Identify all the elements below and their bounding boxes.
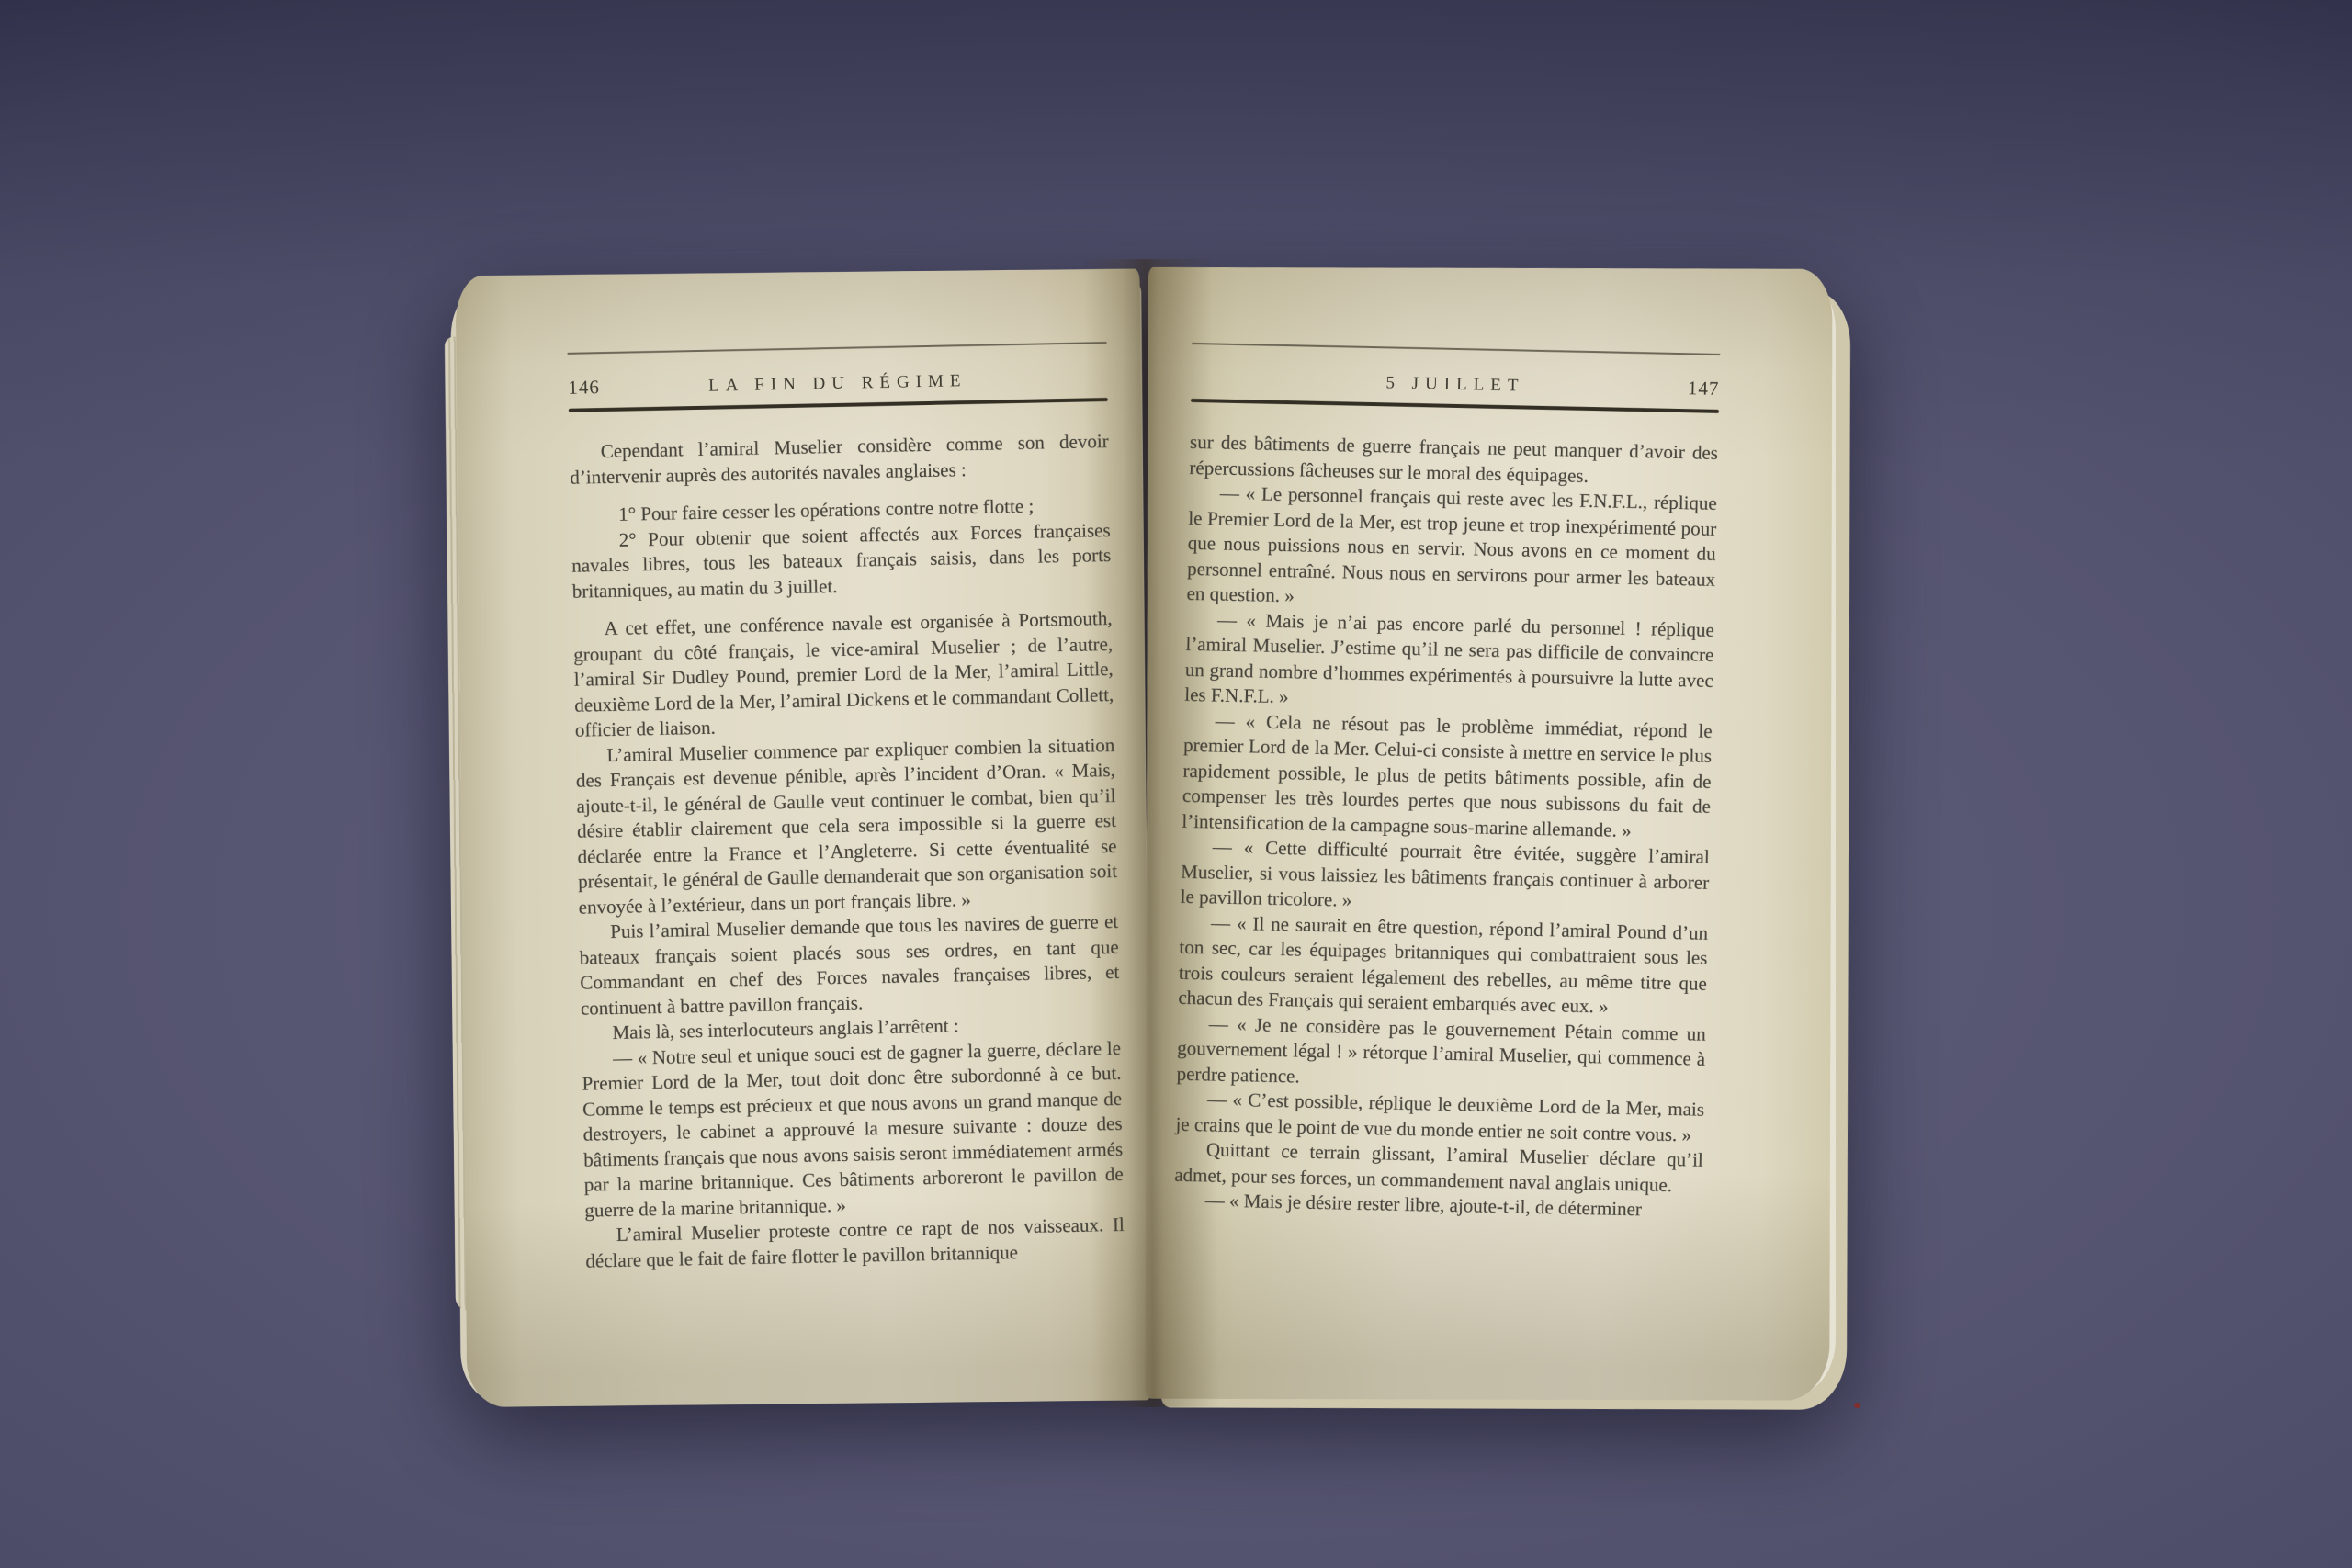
left-page-content: 146 LA FIN DU RÉGIME Cependant l’amiral … [568, 342, 1125, 1274]
paragraph: L’amiral Muselier proteste contre ce rap… [585, 1213, 1125, 1274]
paragraph: — « Il ne saurait en être question, répo… [1178, 909, 1708, 1021]
left-head-row: 146 LA FIN DU RÉGIME [568, 366, 1107, 400]
left-running-head-title: LA FIN DU RÉGIME [627, 369, 1048, 398]
right-header-rule [1191, 399, 1719, 413]
paragraph: — « Le personnel français qui reste avec… [1186, 480, 1717, 618]
paragraph: A cet effet, une conférence navale est o… [572, 606, 1114, 743]
red-speck [1854, 1403, 1860, 1408]
right-page-content: 5 JUILLET 147 sur des bâtiments de guerr… [1174, 343, 1721, 1224]
open-book: 146 LA FIN DU RÉGIME Cependant l’amiral … [445, 245, 1858, 1438]
right-running-head-title: 5 JUILLET [1249, 370, 1660, 399]
left-running-head: 146 LA FIN DU RÉGIME [568, 342, 1108, 412]
right-page-body: sur des bâtiments de guerre français ne … [1174, 430, 1719, 1224]
paragraph: — « Cela ne résout pas le problème imméd… [1182, 707, 1713, 845]
paragraph: Puis l’amiral Muselier demande que tous … [579, 909, 1120, 1021]
left-header-rule [569, 398, 1108, 412]
left-page: 146 LA FIN DU RÉGIME Cependant l’amiral … [456, 268, 1152, 1407]
right-running-head: 5 JUILLET 147 [1191, 343, 1720, 413]
paragraph: — « Cette difficulté pourrait être évité… [1180, 834, 1710, 921]
right-head-row: 5 JUILLET 147 [1191, 367, 1719, 400]
left-page-body: Cependant l’amiral Muselier considère co… [570, 429, 1125, 1274]
left-folio-spacer [1048, 383, 1107, 384]
paragraph: Cependant l’amiral Muselier considère co… [570, 429, 1110, 491]
left-page-number: 146 [568, 376, 627, 400]
photo-background: 146 LA FIN DU RÉGIME Cependant l’amiral … [0, 0, 2352, 1568]
paragraph: L’amiral Muselier commence par expliquer… [575, 732, 1118, 919]
paragraph: — « Mais je n’ai pas encore parlé du per… [1184, 606, 1714, 718]
right-page-number: 147 [1660, 377, 1720, 400]
right-folio-spacer [1191, 384, 1249, 385]
paragraph: 2° Pour obtenir que soient affectés aux … [571, 517, 1112, 604]
paragraph: — « Je ne considère pas le gouvernement … [1176, 1010, 1706, 1098]
right-page: 5 JUILLET 147 sur des bâtiments de guerr… [1145, 267, 1832, 1401]
paragraph: — « Notre seul et unique souci est de ga… [582, 1035, 1125, 1223]
